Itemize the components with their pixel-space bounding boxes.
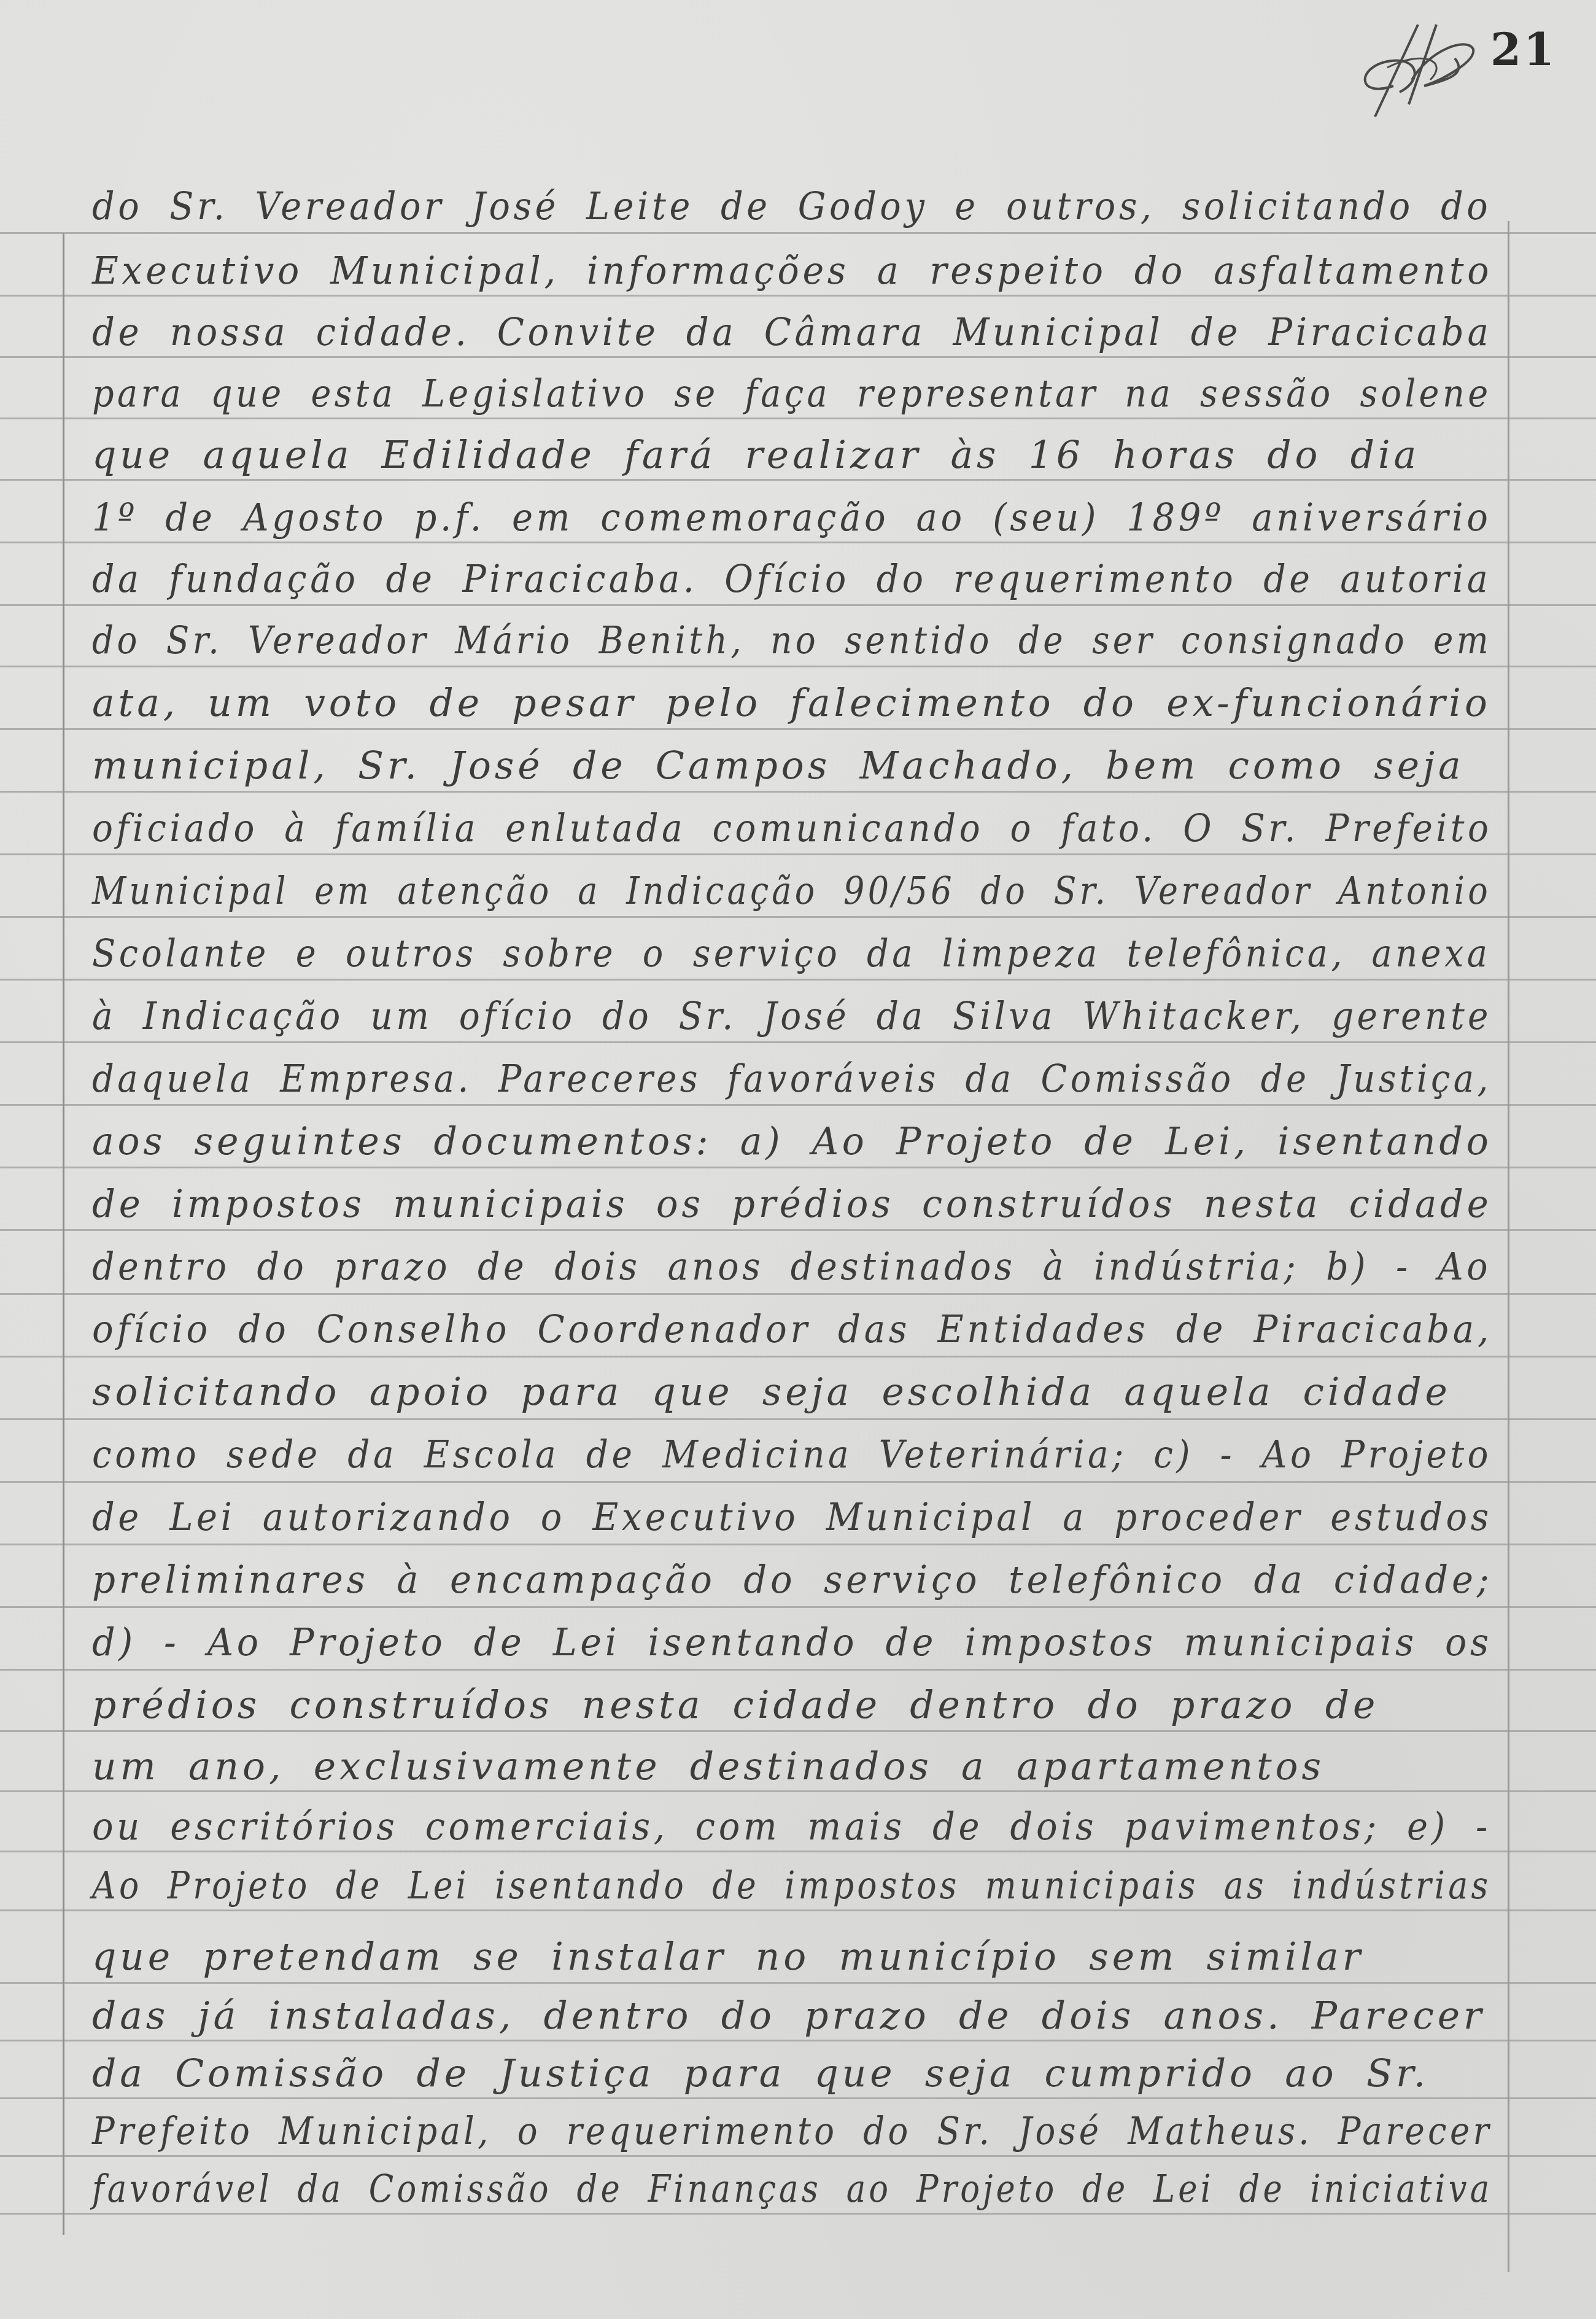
rule-line	[0, 1790, 1596, 1792]
rule-line	[0, 1606, 1596, 1608]
rule-line	[0, 1909, 1596, 1911]
rule-line	[0, 418, 1596, 419]
rule-line	[0, 295, 1596, 297]
text-line: aos seguintes documentos: a) Ao Projeto …	[92, 1122, 1458, 1160]
page-number: 21	[1490, 23, 1557, 76]
rule-line	[0, 2155, 1596, 2157]
text-line: 1º de Agosto p.f. em comemoração ao (seu…	[92, 499, 1405, 537]
text-line: um ano, exclusivamente destinados a apar…	[92, 1747, 1491, 1785]
text-line: Scolante e outros sobre o serviço da lim…	[92, 934, 1363, 973]
text-line: municipal, Sr. José de Campos Machado, b…	[92, 747, 1491, 785]
text-line: das já instaladas, dentro do prazo de do…	[92, 1997, 1491, 2035]
text-line: preliminares à encampação do serviço tel…	[92, 1561, 1442, 1599]
ledger-page: 21 do Sr. Vereador José Leite de Godoy e…	[0, 0, 1596, 2319]
rule-line	[0, 542, 1596, 543]
text-line: Municipal em atenção a Indicação 90/56 d…	[92, 872, 1322, 910]
text-line: da fundação de Piracicaba. Ofício do req…	[92, 560, 1390, 598]
text-line: oficiado à família enlutada comunicando …	[92, 809, 1377, 847]
text-line: do Sr. Vereador Mário Benith, no sentido…	[92, 621, 1340, 659]
text-line: d) - Ao Projeto de Lei isentando de impo…	[92, 1623, 1429, 1661]
rule-line	[0, 979, 1596, 981]
rule-line	[0, 1167, 1596, 1168]
signature-rubric-icon	[1350, 12, 1479, 123]
rule-line	[0, 1544, 1596, 1545]
rule-line	[0, 728, 1596, 730]
rule-line	[0, 2040, 1596, 2041]
rule-line	[0, 1982, 1596, 1984]
rule-line	[0, 853, 1596, 855]
text-line: como sede da Escola de Medicina Veteriná…	[92, 1435, 1380, 1474]
rule-line	[0, 1730, 1596, 1732]
rule-line	[0, 1293, 1596, 1295]
text-line: Ao Projeto de Lei isentando de impostos …	[92, 1866, 1315, 1905]
text-line: de Lei autorizando o Executivo Municipal…	[92, 1498, 1401, 1536]
text-line: prédios construídos nesta cidade dentro …	[92, 1686, 1491, 1724]
text-line: para que esta Legislativo se faça repres…	[92, 375, 1360, 413]
rule-line	[0, 791, 1596, 793]
text-line: daquela Empresa. Pareceres favoráveis da…	[92, 1060, 1366, 1098]
text-line: favorável da Comissão de Finanças ao Pro…	[92, 2170, 1296, 2208]
text-line: ata, um voto de pesar pelo falecimento d…	[92, 684, 1490, 722]
rule-line	[0, 1851, 1596, 1852]
rule-line	[0, 1356, 1596, 1358]
text-line: dentro do prazo de dois anos destinados …	[92, 1248, 1391, 1286]
text-line: de impostos municipais os prédios constr…	[92, 1185, 1441, 1223]
text-line: de nossa cidade. Convite da Câmara Munic…	[92, 313, 1406, 351]
text-line: da Comissão de Justiça para que seja cum…	[92, 2054, 1491, 2092]
rule-line	[0, 604, 1596, 606]
text-line: ou escritórios comerciais, com mais de d…	[92, 1808, 1404, 1846]
text-line: Executivo Municipal, informações a respe…	[92, 252, 1428, 290]
rule-line	[0, 1229, 1596, 1231]
rule-line	[0, 479, 1596, 481]
rule-line	[0, 1669, 1596, 1671]
text-line: que pretendam se instalar no município s…	[92, 1938, 1491, 1976]
rule-line	[0, 1481, 1596, 1483]
text-line: à Indicação um ofício do Sr. José da Sil…	[92, 997, 1380, 1035]
rule-line	[0, 1418, 1596, 1420]
rule-line	[0, 1041, 1596, 1043]
text-line: ofício do Conselho Coordenador das Entid…	[92, 1310, 1408, 1348]
text-line: que aquela Edilidade fará realizar às 16…	[92, 436, 1491, 474]
right-margin-rule	[1508, 221, 1509, 2272]
rule-line	[0, 2213, 1596, 2215]
rule-line	[0, 356, 1596, 358]
rule-line	[0, 232, 1596, 234]
text-line: Prefeito Municipal, o requerimento do Sr…	[92, 2112, 1335, 2150]
rule-line	[0, 916, 1596, 918]
rule-line	[0, 2097, 1596, 2099]
text-line: solicitando apoio para que seja escolhid…	[92, 1373, 1491, 1411]
rule-line	[0, 1104, 1596, 1106]
rule-line	[0, 666, 1596, 667]
left-margin-rule	[63, 233, 64, 2235]
text-line: do Sr. Vereador José Leite de Godoy e ou…	[92, 187, 1396, 225]
